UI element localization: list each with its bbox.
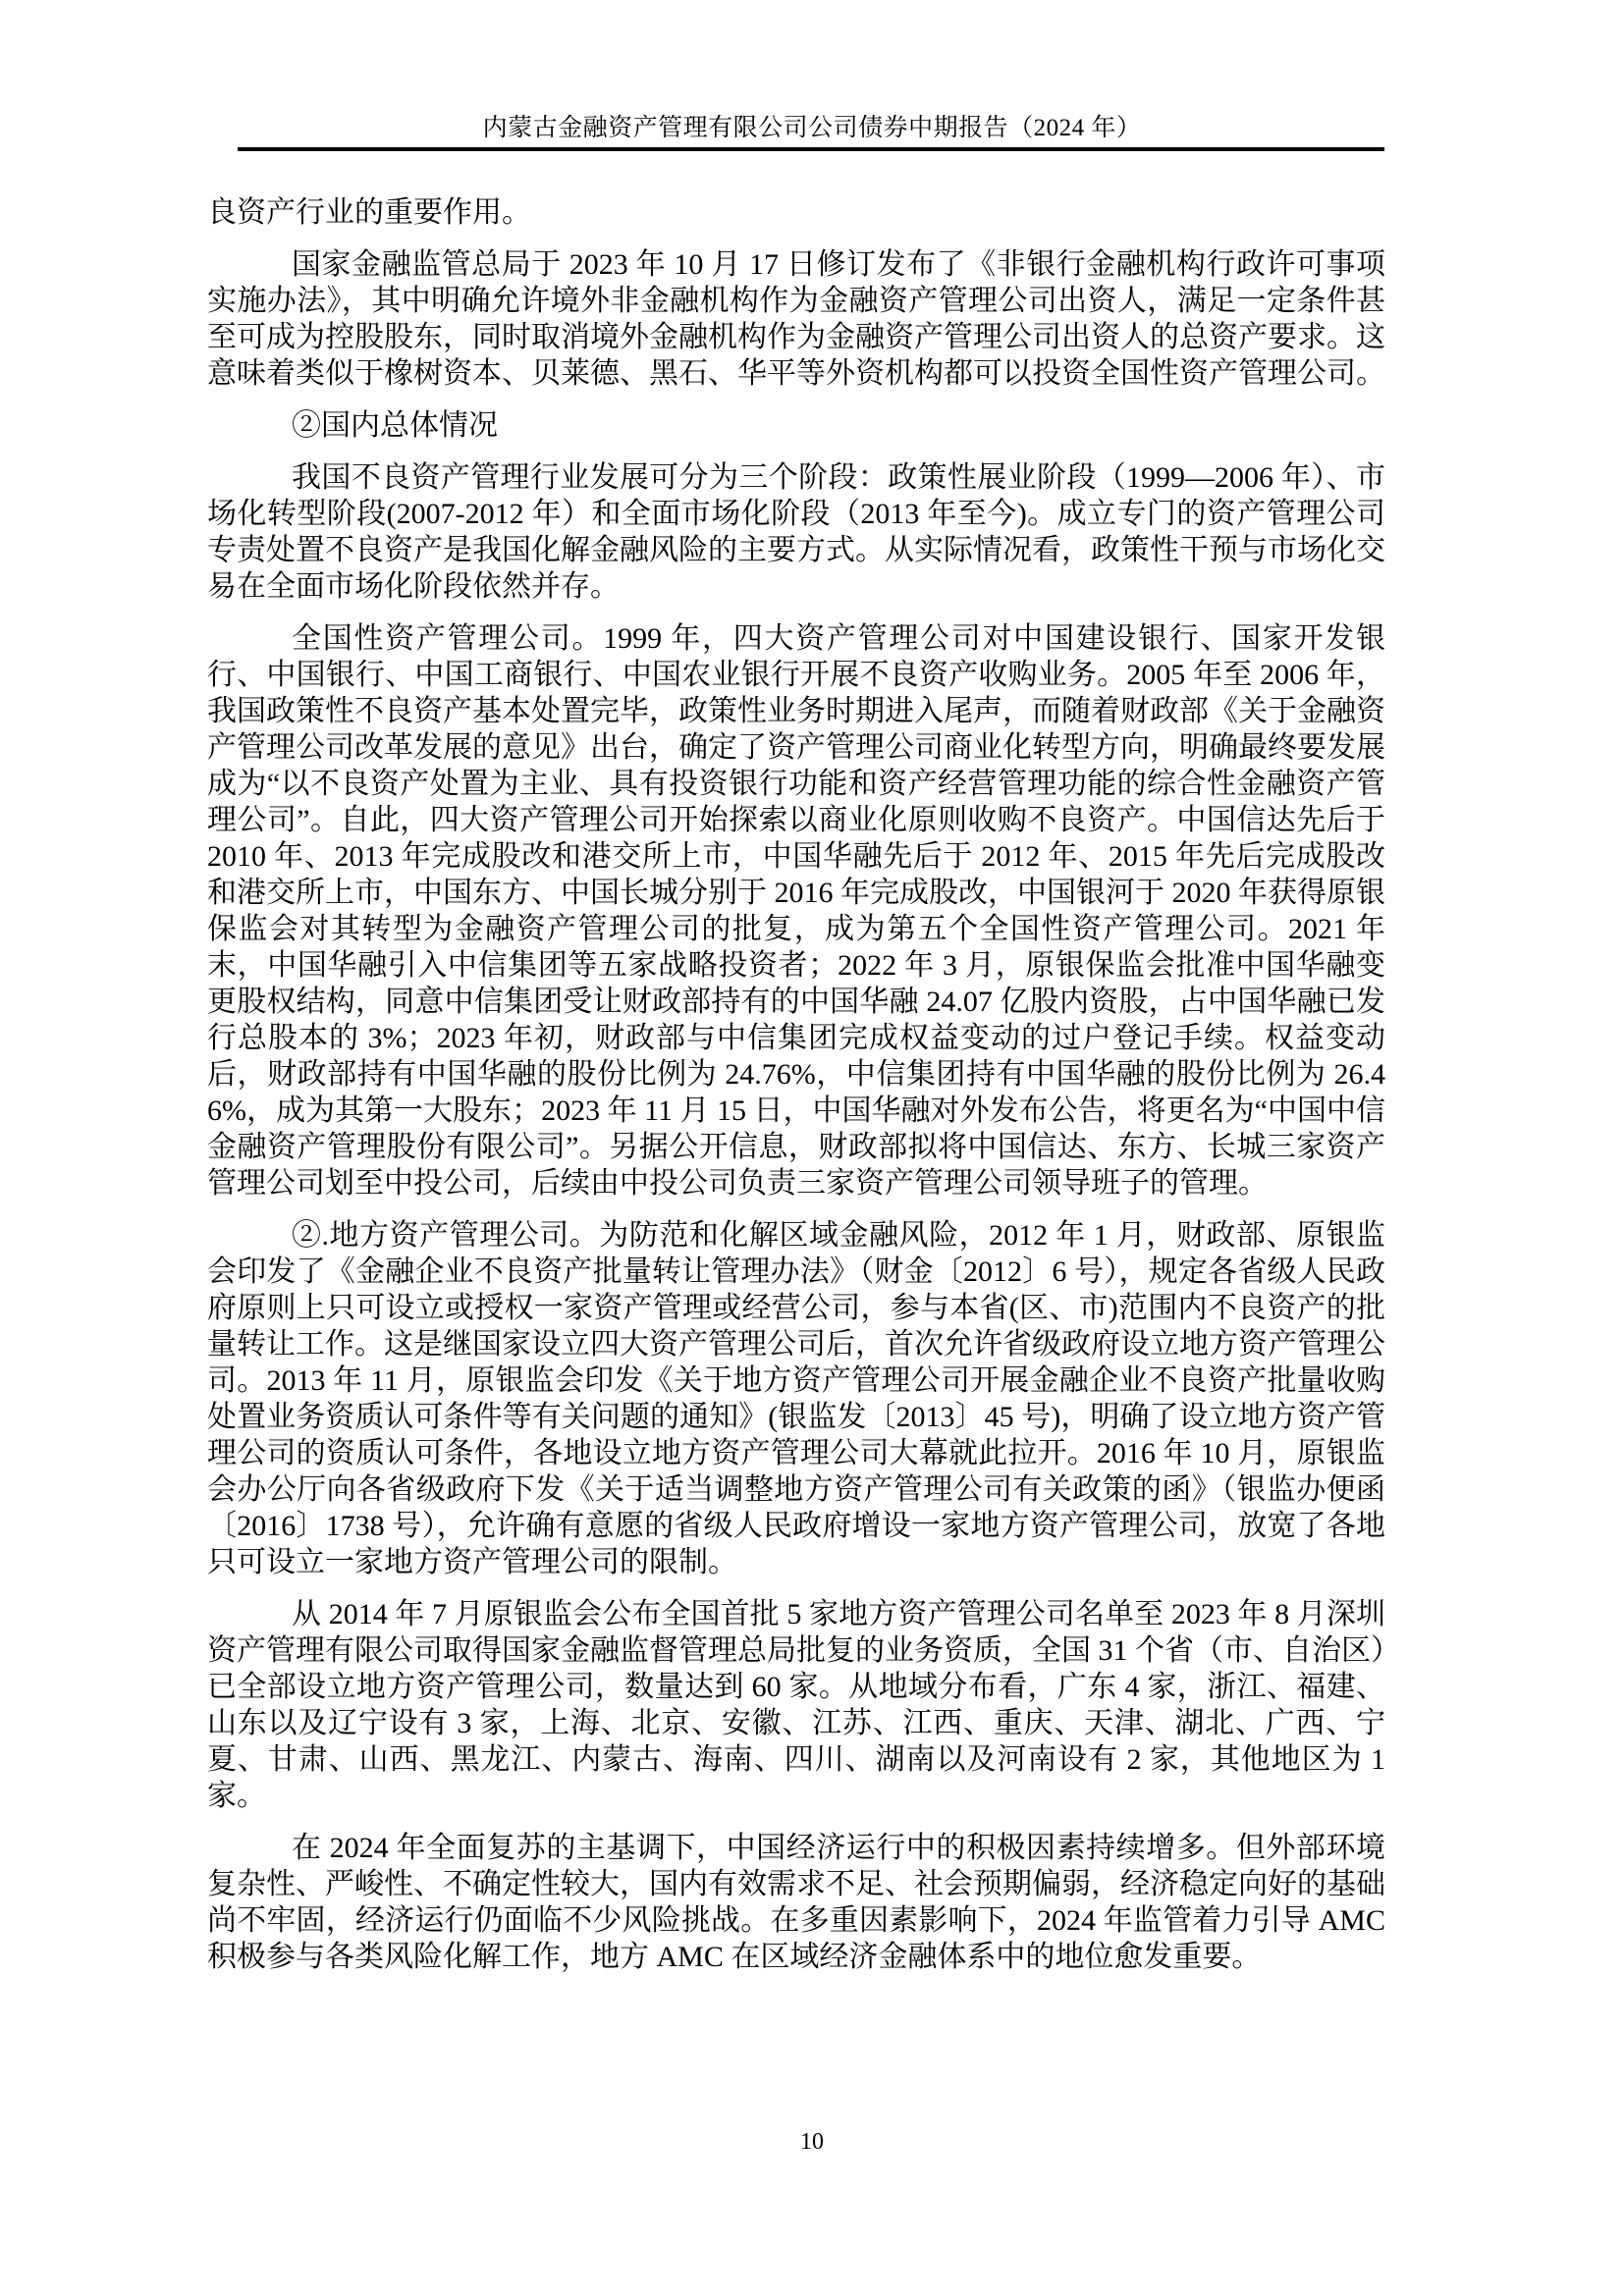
body-paragraph: ②.地方资产管理公司。为防范和化解区域金融风险，2012 年 1 月，财政部、原… bbox=[207, 1217, 1385, 1580]
body-paragraph: 从 2014 年 7 月原银监会公布全国首批 5 家地方资产管理公司名单至 20… bbox=[207, 1596, 1385, 1814]
section-heading-domestic-overview: ②国内总体情况 bbox=[207, 407, 1385, 444]
report-title: 内蒙古金融资产管理有限公司公司债券中期报告（2024 年） bbox=[0, 114, 1624, 143]
body-paragraph: 国家金融监管总局于 2023 年 10 月 17 日修订发布了《非银行金融机构行… bbox=[207, 246, 1385, 392]
body-paragraph: 在 2024 年全面复苏的主基调下，中国经济运行中的积极因素持续增多。但外部环境… bbox=[207, 1830, 1385, 1975]
page-number: 10 bbox=[800, 2129, 824, 2155]
header-divider bbox=[238, 147, 1384, 151]
document-body: 良资产行业的重要作用。 国家金融监管总局于 2023 年 10 月 17 日修订… bbox=[207, 194, 1385, 1991]
document-page: 内蒙古金融资产管理有限公司公司债券中期报告（2024 年） 良资产行业的重要作用… bbox=[0, 0, 1624, 2296]
page-header: 内蒙古金融资产管理有限公司公司债券中期报告（2024 年） bbox=[0, 114, 1624, 143]
page-footer: 10 bbox=[0, 2128, 1624, 2156]
body-paragraph: 全国性资产管理公司。1999 年，四大资产管理公司对中国建设银行、国家开发银行、… bbox=[207, 620, 1385, 1201]
body-paragraph: 我国不良资产管理行业发展可分为三个阶段：政策性展业阶段（1999—2006 年）… bbox=[207, 459, 1385, 605]
body-paragraph-continuation: 良资产行业的重要作用。 bbox=[207, 194, 1385, 231]
